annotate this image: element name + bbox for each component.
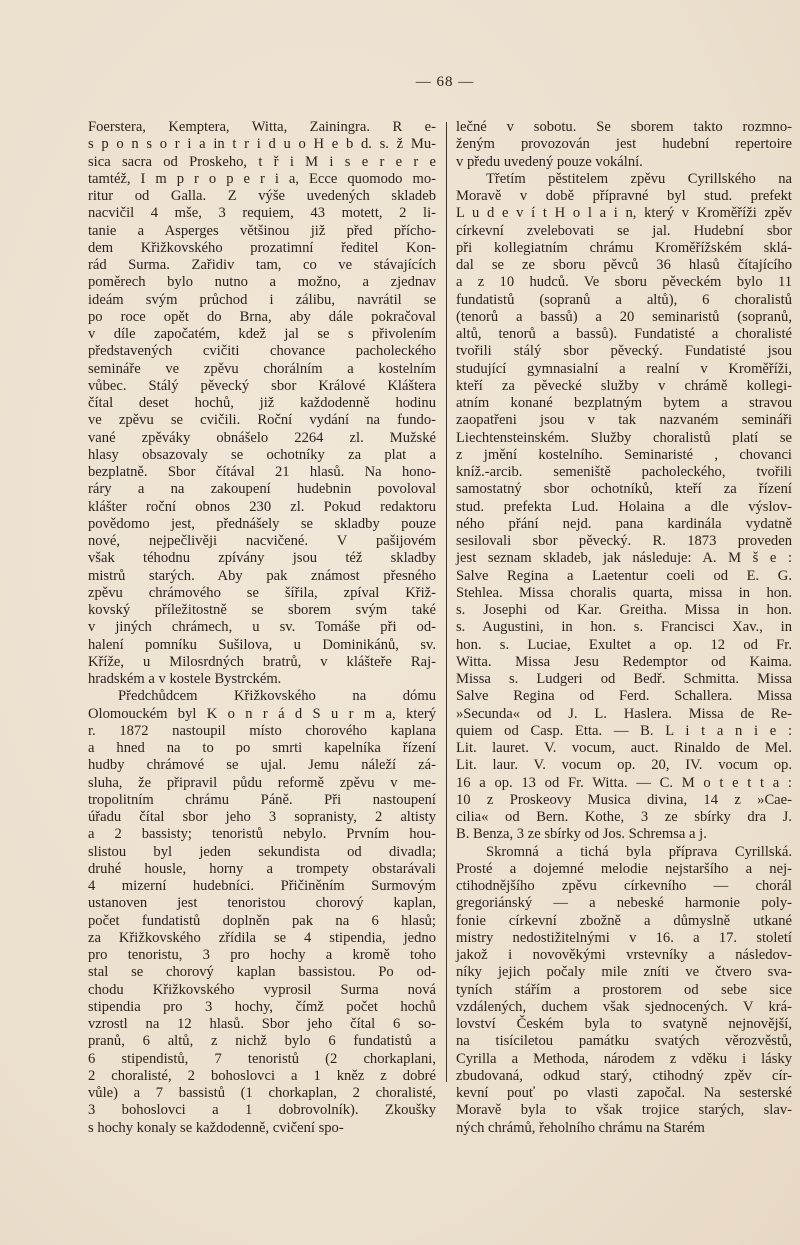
text-line: ných chrámů, řeholního chrámu na Starém bbox=[456, 1120, 792, 1137]
text-line: zpěvu chrámového se šířila, zpíval Křiž- bbox=[88, 585, 436, 602]
column-divider bbox=[446, 122, 447, 1082]
text-line: jest seznam skladeb, jak následuje: A. M… bbox=[456, 550, 792, 567]
text-line: tyních stářím a prostorem od sebe sice bbox=[456, 982, 792, 999]
text-line: studující gymnasialní a realní v Kroměří… bbox=[456, 361, 792, 378]
text-line: ného přání nejd. pana kardinála vydatně bbox=[456, 516, 792, 533]
text-line: kevní pouť po vlasti započal. Na sesters… bbox=[456, 1085, 792, 1102]
text-line: dal se ze sboru pěvců 36 hlasů čítajícíh… bbox=[456, 257, 792, 274]
text-line: chodu Křižkovského vyprosil Surma nová bbox=[88, 982, 436, 999]
text-line: »Secunda« od J. L. Haslera. Missa de Re- bbox=[456, 706, 792, 723]
text-line: sluha, že připravil půdu reformě zpěvu v… bbox=[88, 775, 436, 792]
text-line: však téhodnu zpívány jsou též skladby bbox=[88, 550, 436, 567]
text-line: nové, nejpečlivěji nacvičené. V pašijové… bbox=[88, 533, 436, 550]
text-line: semináře ve zpěvu chorálním a kostelním bbox=[88, 361, 436, 378]
text-line: lovství Českém byla to svatyně nejnovějš… bbox=[456, 1016, 792, 1033]
text-line: 16 a op. 13 od Fr. Witta. — C. M o t e t… bbox=[456, 775, 792, 792]
text-line: ustanoven jest tenoristou chorový kaplan… bbox=[88, 895, 436, 912]
right-column: lečné v sobotu. Se sborem takto rozmno-ž… bbox=[456, 119, 792, 1137]
text-line: na tisíciletou památku svatých věrozvěst… bbox=[456, 1033, 792, 1050]
text-line: v předu uvedený pouze vokální. bbox=[456, 154, 792, 171]
text-line: jakož i novověkými vrstevníky a následov… bbox=[456, 947, 792, 964]
text-line: hradském a v kostele Bystrckém. bbox=[88, 671, 436, 688]
text-line: Prosté a dojemné melodie nejstaršího a n… bbox=[456, 861, 792, 878]
text-line: 2 choralisté, 2 bohoslovci a 1 kněz z do… bbox=[88, 1068, 436, 1085]
text-line: tropolitním chrámu Páně. Při nastoupení bbox=[88, 792, 436, 809]
text-line: Salve Regina a Laetentur coeli od E. G. bbox=[456, 568, 792, 585]
text-line: ritur od Galla. Z výše uvedených skladeb bbox=[88, 188, 436, 205]
text-line: lečné v sobotu. Se sborem takto rozmno- bbox=[456, 119, 792, 136]
text-line: sesilovali sbor pěvecký. R. 1873 provede… bbox=[456, 533, 792, 550]
text-line: quiem od Casp. Etta. — B. L i t a n i e … bbox=[456, 723, 792, 740]
text-line: Moravě v době přípravné byl stud. prefek… bbox=[456, 188, 792, 205]
text-line: tanie a Asperges většinou již před přích… bbox=[88, 223, 436, 240]
text-line: rád Surma. Zařidiv tam, co ve stávajícíc… bbox=[88, 257, 436, 274]
text-line: atním konané bezplatným bytem a stravou bbox=[456, 395, 792, 412]
text-line: altů, tenorů a bassů). Fundatisté a chor… bbox=[456, 326, 792, 343]
text-line: bezplatně. Sbor čítával 21 hlasů. Na hon… bbox=[88, 464, 436, 481]
text-line: slistou byl jeden sekundista od divadla; bbox=[88, 844, 436, 861]
text-line: vůbec. Stálý pěvecký sbor Králové Klášte… bbox=[88, 378, 436, 395]
text-line: níky jejich počaly mile zníti ve čtvero … bbox=[456, 964, 792, 981]
text-line: úřadu čítal sbor jeho 3 sopranisty, 2 al… bbox=[88, 809, 436, 826]
text-line: vzrostl na 12 hlasů. Sbor jeho čítal 6 s… bbox=[88, 1016, 436, 1033]
text-line: samostatný sbor ochotníků, kteří za říze… bbox=[456, 481, 792, 498]
text-line: fonie církevní zbožně a důmyslně utkané bbox=[456, 913, 792, 930]
text-line: a 2 bassisty; tenoristů nebylo. Prvním h… bbox=[88, 826, 436, 843]
text-line: sica sacra od Proskeho, t ř i M i s e r … bbox=[88, 154, 436, 171]
text-line: církevní zvelebovati se jal. Hudební sbo… bbox=[456, 223, 792, 240]
text-line: 10 z Proskeovy Musica divina, 14 z »Cae- bbox=[456, 792, 792, 809]
text-line: zaopatřeni jsou v tak nazvaném semináři bbox=[456, 412, 792, 429]
text-line: tamtéž, I m p r o p e r i a, Ecce quomod… bbox=[88, 171, 436, 188]
text-line: s. Josephi od Kar. Greitha. Missa in hon… bbox=[456, 602, 792, 619]
text-line: poměrech bylo nutno a možno, a zjednav bbox=[88, 274, 436, 291]
text-line: s hochy konaly se každodenně, cvičení sp… bbox=[88, 1120, 436, 1137]
text-line: Skromná a tichá byla příprava Cyrillská. bbox=[456, 844, 792, 861]
text-line: s. Augustini, in hon. s. Francisci Xav.,… bbox=[456, 619, 792, 636]
text-line: gregoriánský — a nebeské harmonie poly- bbox=[456, 895, 792, 912]
text-line: nacvičil 4 mše, 3 requiem, 43 motett, 2 … bbox=[88, 205, 436, 222]
scanned-page: — 68 — Foerstera, Kemptera, Witta, Zaini… bbox=[0, 0, 800, 1245]
text-line: Foerstera, Kemptera, Witta, Zainingra. R… bbox=[88, 119, 436, 136]
text-line: 3 bohoslovci a 1 dobrovolník). Zkoušky bbox=[88, 1102, 436, 1119]
text-line: za Křižkovského zřídila se 4 stipendia, … bbox=[88, 930, 436, 947]
text-line: vůle) a 7 bassistů (1 chorkaplan, 2 chor… bbox=[88, 1085, 436, 1102]
text-line: kteří za pěvecké služby v chrámě kollegi… bbox=[456, 378, 792, 395]
text-line: mistry nedostižitelnými v 16. a 17. stol… bbox=[456, 930, 792, 947]
text-line: vzdálených, duchem však sjednocených. V … bbox=[456, 999, 792, 1016]
text-line: Třetím pěstitelem zpěvu Cyrillského na bbox=[456, 171, 792, 188]
text-line: stipendia pro 3 hochy, čímž počet hochů bbox=[88, 999, 436, 1016]
text-line: pro tenoristu, 3 pro hochy a kromě toho bbox=[88, 947, 436, 964]
text-line: Předchůdcem Křižkovského na dómu bbox=[88, 688, 436, 705]
text-line: cilia« od Bern. Kothe, 3 ze sbírky dra J… bbox=[456, 809, 792, 826]
text-line: 6 stipendistů, 7 tenoristů (2 chorkaplan… bbox=[88, 1051, 436, 1068]
text-line: kníž.-arcib. semeniště pacholeckého, tvo… bbox=[456, 464, 792, 481]
text-line: Stehlea. Missa choralis quarta, missa in… bbox=[456, 585, 792, 602]
text-line: v díle započatém, kdež jal se s přivolen… bbox=[88, 326, 436, 343]
text-line: zbudovaná, odkud starý, ctihodný zpěv cí… bbox=[456, 1068, 792, 1085]
text-line: vané zpěváky obnášelo 2264 zl. Mužské bbox=[88, 430, 436, 447]
text-line: kovský příležitostně se sborem svým také bbox=[88, 602, 436, 619]
text-line: po roce opět do Brna, aby dále pokračova… bbox=[88, 309, 436, 326]
text-line: z jmění kostelního. Seminaristé , chovan… bbox=[456, 447, 792, 464]
text-line: a z 10 hudců. Ve sboru pěveckém bylo 11 bbox=[456, 274, 792, 291]
text-line: 4 mizerní hudebníci. Přičiněním Surmovým bbox=[88, 878, 436, 895]
text-line: fundatistů (sopranů a altů), 6 choralist… bbox=[456, 292, 792, 309]
text-line: ráry a na zakoupení hudebnin povoloval bbox=[88, 481, 436, 498]
text-line: B. Benza, 3 ze sbírky od Jos. Schremsa a… bbox=[456, 826, 792, 843]
text-line: povědomo jest, přednášely se skladby pou… bbox=[88, 516, 436, 533]
text-line: ve zpěvu se cvičili. Roční vydání na fun… bbox=[88, 412, 436, 429]
text-line: ideám svým průchod i zálibu, navrátil se bbox=[88, 292, 436, 309]
page-number: — 68 — bbox=[400, 74, 490, 91]
text-line: L u d e v í t H o l a i n, který v Kromě… bbox=[456, 205, 792, 222]
text-line: mistrů starých. Aby pak známost přesného bbox=[88, 568, 436, 585]
text-line: Olomouckém byl K o n r á d S u r m a, kt… bbox=[88, 706, 436, 723]
text-line: hlasy obsazovaly se ochotníky za plat a bbox=[88, 447, 436, 464]
text-line: a hned na to po smrti kapelníka řízení bbox=[88, 740, 436, 757]
text-line: při kollegiatním chrámu Kroměřížském skl… bbox=[456, 240, 792, 257]
text-line: Cyrilla a Methoda, národem z vděku i lás… bbox=[456, 1051, 792, 1068]
text-line: halení pomníku Sušilova, u Dominikánů, s… bbox=[88, 637, 436, 654]
text-line: Moravě byla to však trojice starých, sla… bbox=[456, 1102, 792, 1119]
text-line: Missa s. Ludgeri od Bedř. Schmitta. Miss… bbox=[456, 671, 792, 688]
text-line: Salve Regina od Ferd. Schallera. Missa bbox=[456, 688, 792, 705]
text-line: klášter roční obnos 230 zl. Pokud redakt… bbox=[88, 499, 436, 516]
text-line: dem Křižkovského prozatimní ředitel Kon- bbox=[88, 240, 436, 257]
text-line: v jiných chrámech, u sv. Tomáše při od- bbox=[88, 619, 436, 636]
text-line: stud. prefekta Lud. Holaina a dle výslov… bbox=[456, 499, 792, 516]
text-line: Lit. lauret. V. vocum, auct. Rinaldo de … bbox=[456, 740, 792, 757]
text-line: ctihodnějšího zpěvu církevního — chorál bbox=[456, 878, 792, 895]
text-line: ženým provozován jest hudební repertoire bbox=[456, 136, 792, 153]
text-line: tvořili stálý sbor pěvecký. Fundatisté j… bbox=[456, 343, 792, 360]
text-line: r. 1872 nastoupil místo chorového kaplan… bbox=[88, 723, 436, 740]
text-line: (tenorů a bassů) a 20 seminaristů (sopra… bbox=[456, 309, 792, 326]
text-line: počet fundatistů doplněn pak na 6 hlasů; bbox=[88, 913, 436, 930]
text-line: s p o n s o r i a in t r i d u o H e b d… bbox=[88, 136, 436, 153]
text-line: Lit. laur. V. vocum op. 20, IV. vocum op… bbox=[456, 757, 792, 774]
left-column: Foerstera, Kemptera, Witta, Zainingra. R… bbox=[88, 119, 436, 1137]
text-line: hon. s. Luciae, Exultet a op. 12 od Fr. bbox=[456, 637, 792, 654]
text-line: Witta. Missa Jesu Redemptor od Kaima. bbox=[456, 654, 792, 671]
text-line: hudby chrámové se ujal. Jemu náleží zá- bbox=[88, 757, 436, 774]
text-line: druhé housle, horny a trompety obstaráva… bbox=[88, 861, 436, 878]
text-line: Liechtensteinském. Služby choralistů pla… bbox=[456, 430, 792, 447]
text-line: stal se chorový kaplan bassistou. Po od- bbox=[88, 964, 436, 981]
text-line: pranů, 6 altů, z nichž bylo 6 fundatistů… bbox=[88, 1033, 436, 1050]
text-line: Kříže, u Milosrdných bratrů, v klášteře … bbox=[88, 654, 436, 671]
text-line: představených cvičiti chovance pacholeck… bbox=[88, 343, 436, 360]
text-line: čítal deset hochů, již každodenně hodinu bbox=[88, 395, 436, 412]
